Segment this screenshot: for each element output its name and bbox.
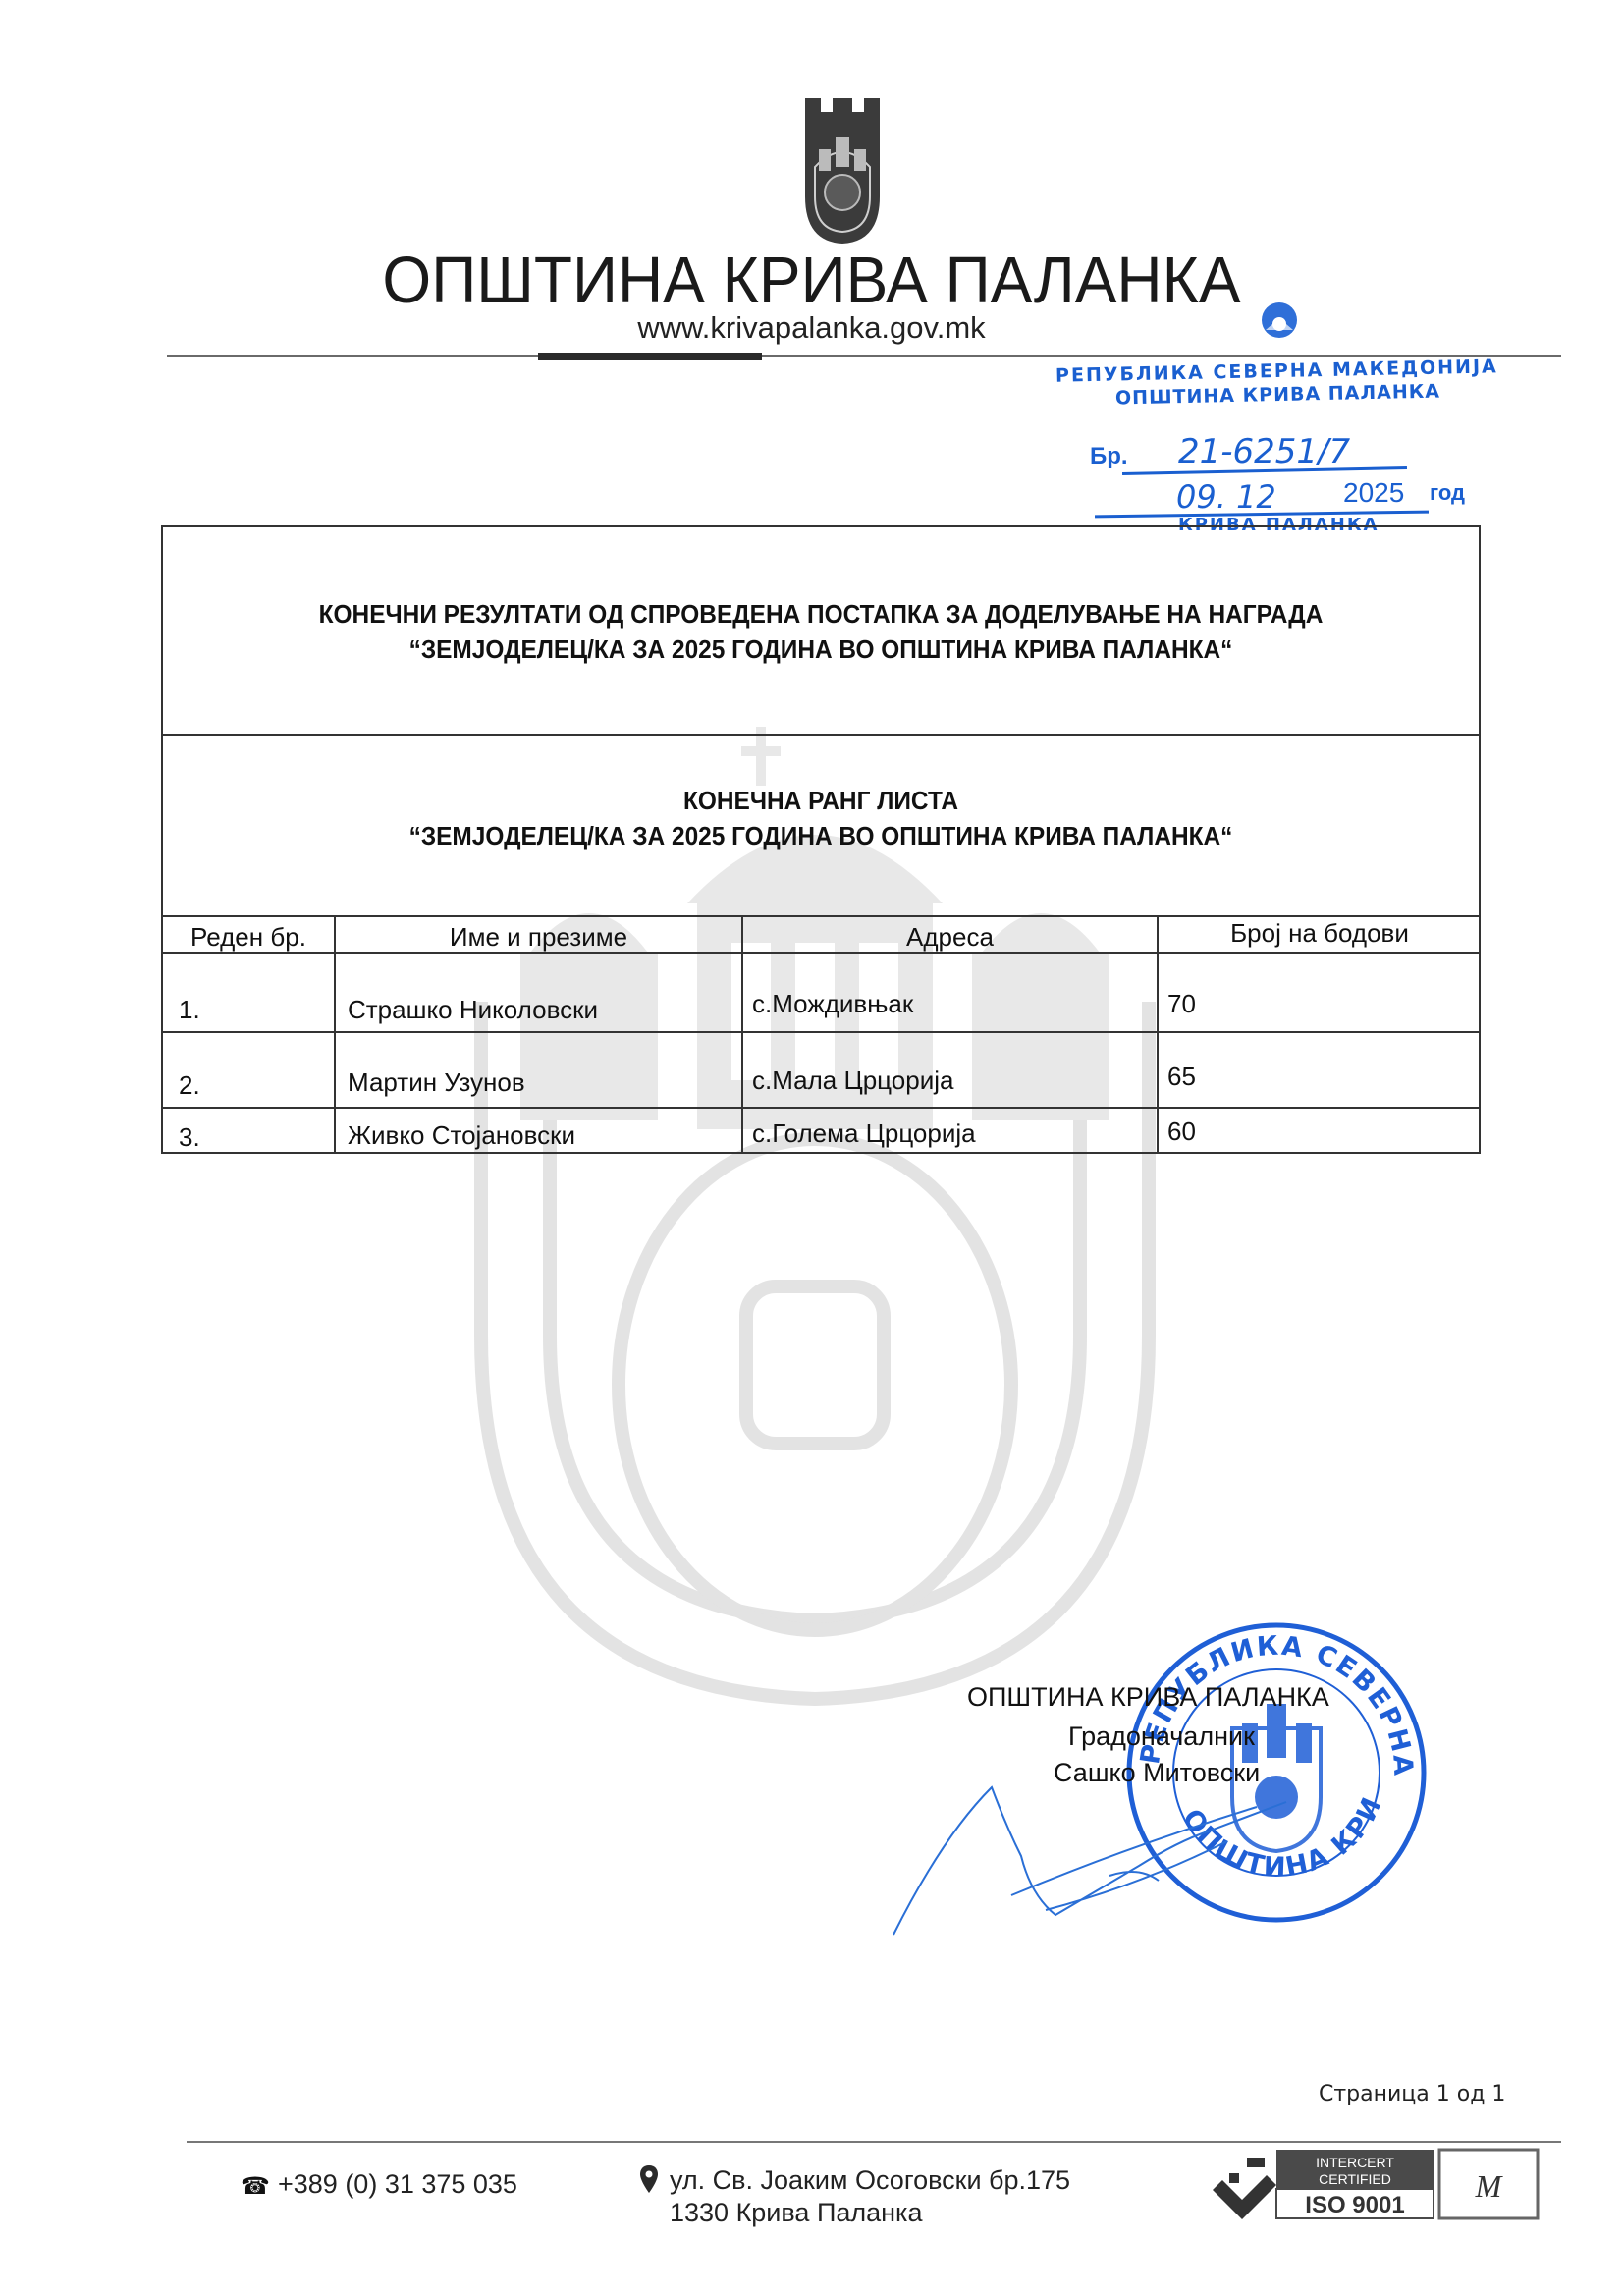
organization-title: ОПШТИНА КРИВА ПАЛАНКА (0, 242, 1623, 318)
signatory-role: Градоначалник (1068, 1722, 1255, 1752)
table-divider (163, 952, 1479, 954)
page-number: Страница 1 од 1 (1319, 2082, 1505, 2106)
document-title: КОНЕЧНИ РЕЗУЛТАТИ ОД СПРОВЕДЕНА ПОСТАПКА… (202, 596, 1439, 667)
website-link[interactable]: www.krivapalanka.gov.mk (0, 310, 1623, 346)
ranking-title-line: КОНЕЧНА РАНГ ЛИСТА (202, 783, 1439, 818)
results-table: КОНЕЧНИ РЕЗУЛТАТИ ОД СПРОВЕДЕНА ПОСТАПКА… (161, 525, 1481, 1154)
row-address: с.Мала Црцорија (752, 1066, 953, 1095)
stamp-registry-number: 21-6251/7 (1178, 432, 1350, 471)
signatory-name: Сашко Митовски (1054, 1758, 1260, 1788)
table-divider (163, 1107, 1479, 1109)
svg-text:INTERCERT: INTERCERT (1316, 2155, 1394, 2170)
document-title-line: КОНЕЧНИ РЕЗУЛТАТИ ОД СПРОВЕДЕНА ПОСТАПКА… (202, 596, 1439, 631)
ranking-title: КОНЕЧНА РАНГ ЛИСТА “ЗЕМЈОДЕЛЕЦ/КА ЗА 202… (202, 783, 1439, 853)
stamp-year: 2025 (1343, 477, 1404, 509)
ranking-title-line: “ЗЕМЈОДЕЛЕЦ/КА ЗА 2025 ГОДИНА ВО ОПШТИНА… (202, 818, 1439, 853)
table-divider (163, 915, 1479, 917)
address-street: ул. Св. Јоаким Осоговски бр.175 (670, 2165, 1070, 2196)
location-pin-icon (640, 2165, 658, 2193)
row-points: 60 (1167, 1117, 1196, 1146)
svg-text:M: M (1475, 2168, 1504, 2204)
header-divider-accent (538, 353, 762, 360)
stamp-number-label: Бр. (1090, 443, 1128, 470)
row-points: 70 (1167, 989, 1196, 1018)
column-header-name: Име и презиме (336, 922, 741, 952)
telephone-icon: ☎ (241, 2172, 270, 2201)
row-points: 65 (1167, 1062, 1196, 1091)
iso-certification-badge: INTERCERT CERTIFIED ISO 9001 M (1208, 2146, 1551, 2224)
column-header-address: Адреса (743, 922, 1157, 952)
row-name: Мартин Узунов (348, 1067, 525, 1097)
table-divider (163, 1031, 1479, 1033)
column-header-points: Број на бодови (1159, 918, 1481, 948)
row-rank: 3. (179, 1122, 200, 1152)
row-address: с.Мождивњак (752, 989, 913, 1018)
north-macedonia-emblem-icon (1260, 301, 1299, 340)
municipal-crest-icon (803, 98, 882, 244)
row-rank: 1. (179, 995, 200, 1024)
column-divider (1157, 915, 1159, 1152)
document-title-line: “ЗЕМЈОДЕЛЕЦ/КА ЗА 2025 ГОДИНА ВО ОПШТИНА… (202, 631, 1439, 667)
row-name: Страшко Николовски (348, 995, 598, 1024)
signatory-organization: ОПШТИНА КРИВА ПАЛАНКА (967, 1682, 1329, 1713)
column-header-rank: Реден бр. (163, 922, 334, 952)
row-name: Живко Стојановски (348, 1121, 575, 1150)
phone-number[interactable]: +389 (0) 31 375 035 (278, 2169, 517, 2200)
footer-divider (187, 2141, 1561, 2143)
stamp-municipality: ОПШТИНА КРИВА ПАЛАНКА (1115, 381, 1440, 410)
stamp-year-suffix: год (1430, 480, 1465, 506)
header-divider (167, 355, 1561, 357)
address-city: 1330 Крива Паланка (670, 2198, 922, 2228)
svg-text:ISO 9001: ISO 9001 (1305, 2192, 1404, 2218)
row-address: с.Голема Црцорија (752, 1119, 976, 1148)
row-rank: 2. (179, 1070, 200, 1100)
svg-text:CERTIFIED: CERTIFIED (1319, 2171, 1391, 2187)
stamp-date: 09. 12 (1176, 478, 1276, 516)
table-divider (163, 734, 1479, 736)
